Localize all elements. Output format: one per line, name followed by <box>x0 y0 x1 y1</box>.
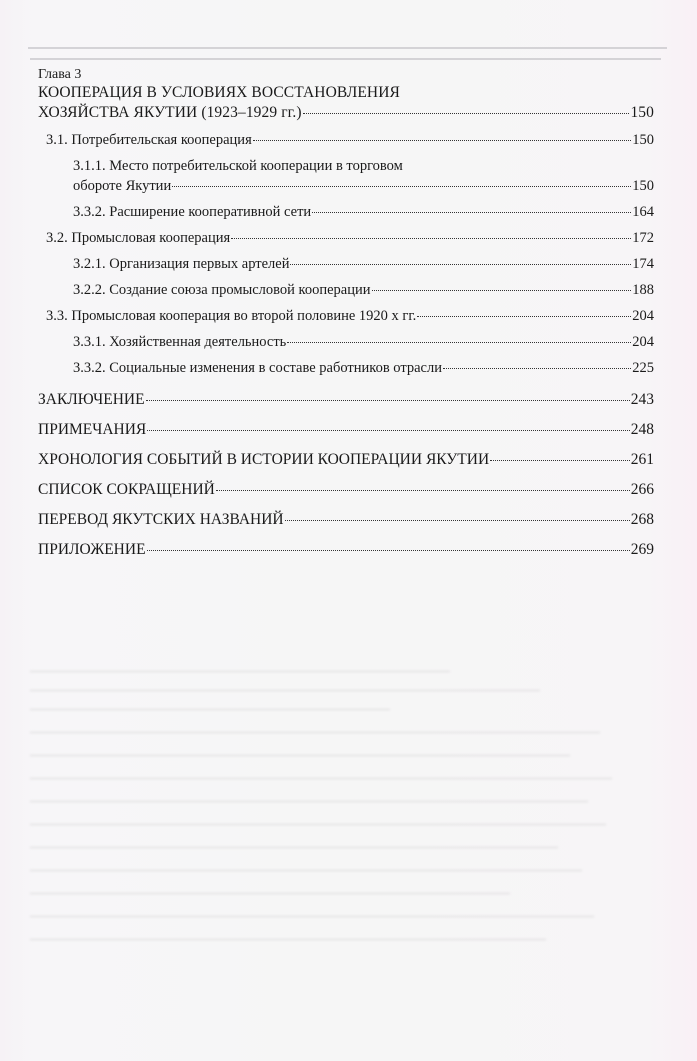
toc-entry-row[interactable]: обороте Якутии150 <box>38 176 654 196</box>
toc-section-row[interactable]: ПРИМЕЧАНИЯ248 <box>38 420 654 440</box>
toc-entry-row[interactable]: 3.3.1. Хозяйственная деятельность204 <box>38 332 654 352</box>
page-number: 150 <box>632 130 654 150</box>
toc-entry: 3.3.1. Хозяйственная деятельность204 <box>38 332 654 352</box>
page-number: 174 <box>632 254 654 274</box>
leader-dots <box>253 140 632 141</box>
leader-dots <box>146 400 630 401</box>
page-number: 204 <box>632 306 654 326</box>
entry-title: ПЕРЕВОД ЯКУТСКИХ НАЗВАНИЙ <box>38 510 284 530</box>
toc-entry-row[interactable]: 3.2.2. Создание союза промысловой коопер… <box>38 280 654 300</box>
toc-entry: 3.1.1. Место потребительской кооперации … <box>38 156 654 196</box>
subsection-list: 3.1. Потребительская кооперация1503.1.1.… <box>38 130 654 378</box>
entry-title: обороте Якутии <box>73 176 171 196</box>
entry-title: 3.3. Промысловая кооперация во второй по… <box>46 306 416 326</box>
section-list: ЗАКЛЮЧЕНИЕ243ПРИМЕЧАНИЯ248ХРОНОЛОГИЯ СОБ… <box>38 390 654 560</box>
toc-entry: 3.2.2. Создание союза промысловой коопер… <box>38 280 654 300</box>
page-number: 243 <box>631 390 654 410</box>
toc-entry-row[interactable]: 3.3. Промысловая кооперация во второй по… <box>38 306 654 326</box>
page-number: 188 <box>632 280 654 300</box>
page-number: 150 <box>632 176 654 196</box>
page-number: 266 <box>631 480 654 500</box>
leader-dots <box>172 186 631 187</box>
toc-entry: 3.2.1. Организация первых артелей174 <box>38 254 654 274</box>
toc-section-row[interactable]: ПРИЛОЖЕНИЕ269 <box>38 540 654 560</box>
leader-dots <box>290 264 631 265</box>
entry-title: 3.1. Потребительская кооперация <box>46 130 252 150</box>
leader-dots <box>372 290 632 291</box>
toc-entry: 3.3. Промысловая кооперация во второй по… <box>38 306 654 326</box>
chapter-label: Глава 3 <box>38 66 654 83</box>
entry-title: ПРИЛОЖЕНИЕ <box>38 540 146 560</box>
leader-dots <box>312 212 631 213</box>
bleed-through-text <box>30 655 630 940</box>
entry-title: 3.3.1. Хозяйственная деятельность <box>73 332 286 352</box>
entry-title: 3.2.1. Организация первых артелей <box>73 254 289 274</box>
page-number: 225 <box>632 358 654 378</box>
page-number: 261 <box>631 450 654 470</box>
toc-section-row[interactable]: ЗАКЛЮЧЕНИЕ243 <box>38 390 654 410</box>
leader-dots <box>285 520 630 521</box>
page-number: 204 <box>632 332 654 352</box>
chapter-title-row[interactable]: ХОЗЯЙСТВА ЯКУТИИ (1923–1929 гг.) 150 <box>38 103 654 123</box>
page-number: 248 <box>631 420 654 440</box>
leader-dots <box>417 316 631 317</box>
toc-entry: 3.1. Потребительская кооперация150 <box>38 130 654 150</box>
book-page: Глава 3 КООПЕРАЦИЯ В УСЛОВИЯХ ВОССТАНОВЛ… <box>0 0 697 1061</box>
chapter-title-line1: КООПЕРАЦИЯ В УСЛОВИЯХ ВОССТАНОВЛЕНИЯ <box>38 83 654 103</box>
leader-dots <box>147 430 629 431</box>
toc-entry-row[interactable]: 3.1. Потребительская кооперация150 <box>38 130 654 150</box>
page-number: 150 <box>630 103 654 123</box>
entry-title: 3.3.2. Расширение кооперативной сети <box>73 202 311 222</box>
toc-section-row[interactable]: СПИСОК СОКРАЩЕНИЙ266 <box>38 480 654 500</box>
page-number: 269 <box>631 540 654 560</box>
entry-title: СПИСОК СОКРАЩЕНИЙ <box>38 480 215 500</box>
leader-dots <box>303 113 630 114</box>
leader-dots <box>443 368 631 369</box>
toc-entry-row[interactable]: 3.2.1. Организация первых артелей174 <box>38 254 654 274</box>
entry-title: 3.2.2. Создание союза промысловой коопер… <box>73 280 371 300</box>
bleed-through-line <box>28 47 667 49</box>
toc-entry: 3.2. Промысловая кооперация172 <box>38 228 654 248</box>
table-of-contents: Глава 3 КООПЕРАЦИЯ В УСЛОВИЯХ ВОССТАНОВЛ… <box>38 66 654 560</box>
toc-entry: 3.3.2. Расширение кооперативной сети164 <box>38 202 654 222</box>
page-number: 268 <box>631 510 654 530</box>
page-number: 172 <box>632 228 654 248</box>
leader-dots <box>490 460 630 461</box>
entry-title: ПРИМЕЧАНИЯ <box>38 420 146 440</box>
toc-entry-row[interactable]: 3.3.2. Расширение кооперативной сети164 <box>38 202 654 222</box>
entry-title-line1: 3.1.1. Место потребительской кооперации … <box>38 156 654 176</box>
entry-title: ХРОНОЛОГИЯ СОБЫТИЙ В ИСТОРИИ КООПЕРАЦИИ … <box>38 450 489 470</box>
entry-title: ЗАКЛЮЧЕНИЕ <box>38 390 145 410</box>
bleed-through-line <box>30 58 661 60</box>
leader-dots <box>231 238 631 239</box>
leader-dots <box>216 490 630 491</box>
leader-dots <box>147 550 630 551</box>
entry-title: 3.2. Промысловая кооперация <box>46 228 230 248</box>
toc-entry-row[interactable]: 3.3.2. Социальные изменения в составе ра… <box>38 358 654 378</box>
toc-section-row[interactable]: ПЕРЕВОД ЯКУТСКИХ НАЗВАНИЙ268 <box>38 510 654 530</box>
toc-section-row[interactable]: ХРОНОЛОГИЯ СОБЫТИЙ В ИСТОРИИ КООПЕРАЦИИ … <box>38 450 654 470</box>
entry-title: 3.3.2. Социальные изменения в составе ра… <box>73 358 442 378</box>
toc-entry-row[interactable]: 3.2. Промысловая кооперация172 <box>38 228 654 248</box>
chapter-title-line2: ХОЗЯЙСТВА ЯКУТИИ (1923–1929 гг.) <box>38 103 302 123</box>
toc-entry: 3.3.2. Социальные изменения в составе ра… <box>38 358 654 378</box>
leader-dots <box>287 342 631 343</box>
page-number: 164 <box>632 202 654 222</box>
